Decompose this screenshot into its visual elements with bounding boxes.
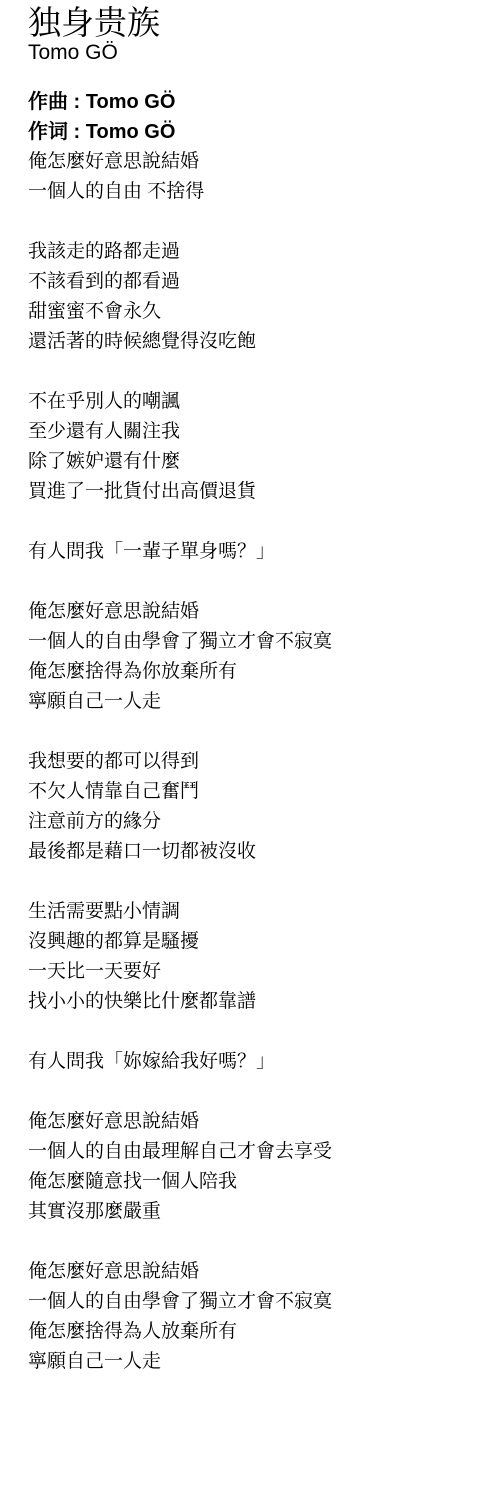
lyric-line: 不欠人情靠自己奮鬥 (28, 777, 476, 807)
lyric-line: 一個人的自由 不捨得 (28, 177, 476, 207)
lyric-line: 俺怎麼隨意找一個人陪我 (28, 1167, 476, 1197)
stanza: 不在乎別人的嘲諷至少還有人關注我除了嫉妒還有什麼買進了一批貨付出高價退貨 (28, 387, 476, 507)
lyric-line: 除了嫉妒還有什麼 (28, 447, 476, 477)
lyric-line: 俺怎麼好意思說結婚 (28, 597, 476, 627)
stanza: 有人問我「一輩子單身嗎？」 (28, 537, 476, 567)
lyric-line: 買進了一批貨付出高價退貨 (28, 477, 476, 507)
lyric-line: 找小小的快樂比什麼都靠譜 (28, 987, 476, 1017)
lyric-line: 生活需要點小情調 (28, 897, 476, 927)
lyric-line: 寧願自己一人走 (28, 1347, 476, 1377)
lyric-line: 寧願自己一人走 (28, 687, 476, 717)
lyric-line: 其實沒那麼嚴重 (28, 1197, 476, 1227)
stanza: 生活需要點小情調沒興趣的都算是騷擾一天比一天要好找小小的快樂比什麼都靠譜 (28, 897, 476, 1017)
lyrics-stanzas: 我該走的路都走過不該看到的都看過甜蜜蜜不會永久還活著的時候總覺得沒吃飽不在乎別人… (28, 237, 476, 1377)
lyric-line: 有人問我「一輩子單身嗎？」 (28, 537, 476, 567)
lyric-line: 我想要的都可以得到 (28, 747, 476, 777)
composer-credit: 作曲 : Tomo GÖ (28, 87, 476, 117)
stanza: 我想要的都可以得到不欠人情靠自己奮鬥注意前方的緣分最後都是藉口一切都被沒收 (28, 747, 476, 867)
lyric-line: 俺怎麼捨得為人放棄所有 (28, 1317, 476, 1347)
lyrics-page: 独身贵族 Tomo GÖ 作曲 : Tomo GÖ 作词 : Tomo GÖ 俺… (0, 0, 500, 1377)
lyric-line: 還活著的時候總覺得沒吃飽 (28, 327, 476, 357)
lyric-line: 一個人的自由最理解自己才會去享受 (28, 1137, 476, 1167)
credits-and-opening-stanza: 作曲 : Tomo GÖ 作词 : Tomo GÖ 俺怎麼好意思說結婚 一個人的… (28, 87, 476, 207)
stanza: 俺怎麼好意思說結婚一個人的自由學會了獨立才會不寂寞俺怎麼捨得為你放棄所有寧願自己… (28, 597, 476, 717)
lyric-line: 一天比一天要好 (28, 957, 476, 987)
song-title: 独身贵族 (28, 5, 476, 41)
artist-name: Tomo GÖ (28, 41, 476, 65)
lyric-line: 俺怎麼好意思說結婚 (28, 1257, 476, 1287)
lyrics-body: 作曲 : Tomo GÖ 作词 : Tomo GÖ 俺怎麼好意思說結婚 一個人的… (28, 87, 476, 1377)
lyric-line: 一個人的自由學會了獨立才會不寂寞 (28, 1287, 476, 1317)
lyric-line: 不在乎別人的嘲諷 (28, 387, 476, 417)
lyric-line: 不該看到的都看過 (28, 267, 476, 297)
stanza: 有人問我「妳嫁給我好嗎？」 (28, 1047, 476, 1077)
lyric-line: 至少還有人關注我 (28, 417, 476, 447)
lyric-line: 俺怎麼好意思說結婚 (28, 1107, 476, 1137)
lyric-line: 我該走的路都走過 (28, 237, 476, 267)
lyric-line: 甜蜜蜜不會永久 (28, 297, 476, 327)
lyric-line: 一個人的自由學會了獨立才會不寂寞 (28, 627, 476, 657)
lyric-line: 有人問我「妳嫁給我好嗎？」 (28, 1047, 476, 1077)
stanza: 我該走的路都走過不該看到的都看過甜蜜蜜不會永久還活著的時候總覺得沒吃飽 (28, 237, 476, 357)
lyricist-credit: 作词 : Tomo GÖ (28, 117, 476, 147)
lyric-line: 注意前方的緣分 (28, 807, 476, 837)
lyric-line: 俺怎麼好意思說結婚 (28, 147, 476, 177)
lyric-line: 沒興趣的都算是騷擾 (28, 927, 476, 957)
stanza: 俺怎麼好意思說結婚一個人的自由學會了獨立才會不寂寞俺怎麼捨得為人放棄所有寧願自己… (28, 1257, 476, 1377)
stanza: 俺怎麼好意思說結婚一個人的自由最理解自己才會去享受俺怎麼隨意找一個人陪我其實沒那… (28, 1107, 476, 1227)
lyric-line: 最後都是藉口一切都被沒收 (28, 837, 476, 867)
lyric-line: 俺怎麼捨得為你放棄所有 (28, 657, 476, 687)
